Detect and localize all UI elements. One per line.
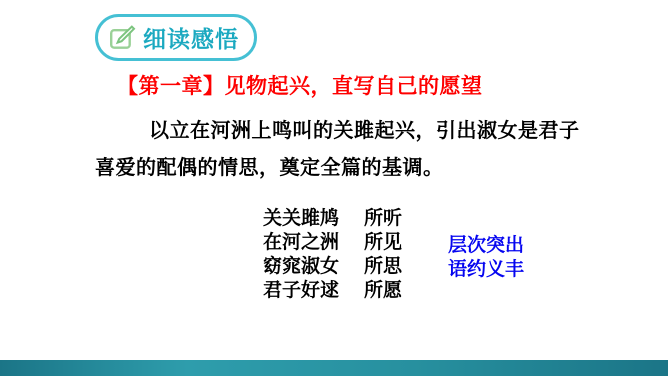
- poem-row: 君子好逑 所愿: [263, 278, 402, 302]
- poem-row: 窈窕淑女 所思: [263, 254, 402, 278]
- note-text: 所思: [364, 254, 402, 278]
- note-text: 所愿: [364, 278, 402, 302]
- paragraph-text: 以立在河洲上鸣叫的关雎起兴，引出淑女是君子喜爱的配偶的情思，奠定全篇的基调。: [95, 112, 592, 186]
- badge-label: 细读感悟: [143, 21, 239, 54]
- poem-row: 关关雎鸠 所听: [263, 206, 402, 230]
- chapter-title: 【第一章】见物起兴，直写自己的愿望: [117, 70, 483, 100]
- poem-row: 在河之洲 所见: [263, 230, 402, 254]
- verse-text: 窈窕淑女: [263, 254, 339, 278]
- annotation-line: 层次突出: [448, 233, 524, 257]
- annotation-line: 语约义丰: [448, 257, 524, 281]
- annotation-layer: 层次突出 语约义丰: [448, 233, 524, 281]
- verse-text: 在河之洲: [263, 230, 339, 254]
- verse-text: 关关雎鸠: [263, 206, 339, 230]
- verse-text: 君子好逑: [263, 278, 339, 302]
- section-badge: 细读感悟: [95, 14, 257, 61]
- note-text: 所见: [364, 230, 402, 254]
- edit-pencil-icon: [109, 24, 136, 51]
- poem-list: 关关雎鸠 所听 在河之洲 所见 窈窕淑女 所思 君子好逑 所愿: [263, 206, 402, 302]
- slide-canvas: 细读感悟 【第一章】见物起兴，直写自己的愿望 以立在河洲上鸣叫的关雎起兴，引出淑…: [0, 0, 668, 376]
- note-text: 所听: [364, 206, 402, 230]
- footer-bar: [0, 360, 668, 376]
